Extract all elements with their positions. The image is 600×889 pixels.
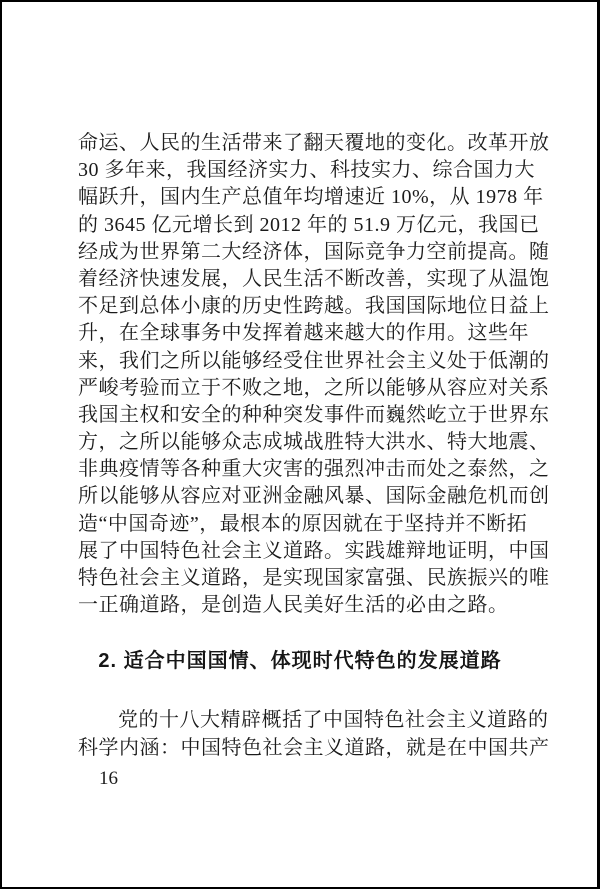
- text-line: 经成为世界第二大经济体，国际竞争力空前提高。随: [78, 239, 522, 266]
- text-line: 来，我们之所以能够经受住世界社会主义处于低潮的: [78, 348, 522, 375]
- text-line: 一正确道路，是创造人民美好生活的必由之路。: [78, 592, 522, 619]
- text-line: 我国主权和安全的种种突发事件而巍然屹立于世界东: [78, 402, 522, 429]
- text-line: 命运、人民的生活带来了翻天覆地的变化。改革开放: [78, 130, 522, 157]
- text-line: 非典疫情等各种重大灾害的强烈冲击而处之泰然，之: [78, 456, 522, 483]
- book-page: 命运、人民的生活带来了翻天覆地的变化。改革开放30 多年来，我国经济实力、科技实…: [0, 0, 600, 889]
- text-line: 特色社会主义道路，是实现国家富强、民族振兴的唯: [78, 565, 522, 592]
- text-line: 党的十八大精辟概括了中国特色社会主义道路的: [78, 707, 522, 734]
- text-line: 所以能够从容应对亚洲金融风暴、国际金融危机而创: [78, 483, 522, 510]
- text-line: 造“中国奇迹”，最根本的原因就在于坚持并不断拓: [78, 511, 522, 538]
- section-heading: 2. 适合中国国情、体现时代特色的发展道路: [78, 646, 522, 676]
- text-line: 升，在全球事务中发挥着越来越大的作用。这些年: [78, 320, 522, 347]
- text-line: 科学内涵：中国特色社会主义道路，就是在中国共产: [78, 735, 522, 762]
- text-line: 不足到总体小康的历史性跨越。我国国际地位日益上: [78, 293, 522, 320]
- text-line: 幅跃升，国内生产总值年均增速近 10%，从 1978 年: [78, 184, 522, 211]
- text-column: 命运、人民的生活带来了翻天覆地的变化。改革开放30 多年来，我国经济实力、科技实…: [78, 130, 522, 762]
- paragraph-new-section: 党的十八大精辟概括了中国特色社会主义道路的科学内涵：中国特色社会主义道路，就是在…: [78, 707, 522, 761]
- text-line: 严峻考验而立于不败之地，之所以能够从容应对关系: [78, 375, 522, 402]
- paragraph-continuation: 命运、人民的生活带来了翻天覆地的变化。改革开放30 多年来，我国经济实力、科技实…: [78, 130, 522, 619]
- text-line: 方，之所以能够众志成城战胜特大洪水、特大地震、: [78, 429, 522, 456]
- text-line: 30 多年来，我国经济实力、科技实力、综合国力大: [78, 157, 522, 184]
- page-number: 16: [99, 767, 118, 791]
- text-line: 展了中国特色社会主义道路。实践雄辩地证明，中国: [78, 538, 522, 565]
- text-line: 的 3645 亿元增长到 2012 年的 51.9 万亿元，我国已: [78, 212, 522, 239]
- text-line: 着经济快速发展，人民生活不断改善，实现了从温饱: [78, 266, 522, 293]
